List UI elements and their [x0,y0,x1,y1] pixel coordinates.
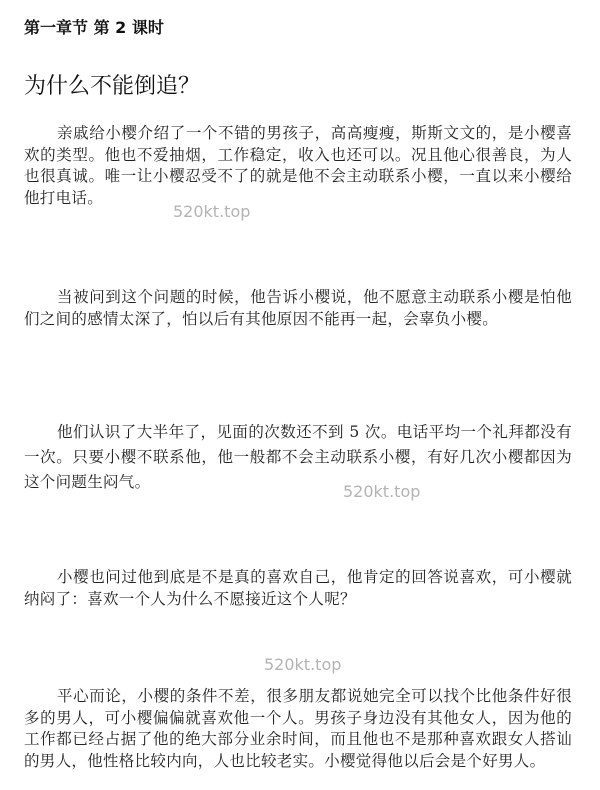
watermark: 520kt.top [264,655,341,674]
chapter-heading: 第一章节 第 2 课时 [24,18,164,38]
paragraph-4: 小樱也问过他到底是不是真的喜欢自己，他肯定的回答说喜欢，可小樱就纳闷了：喜欢一个… [24,567,572,610]
paragraph-3: 他们认识了大半年了，见面的次数还不到 5 次。电话平均一个礼拜都没有一次。只要小… [24,420,572,495]
paragraph-5: 平心而论，小樱的条件不差，很多朋友都说她完全可以找个比他条件好很多的男人，可小樱… [24,686,572,773]
page-title: 为什么不能倒追？ [24,72,200,102]
watermark: 520kt.top [343,482,420,501]
watermark: 520kt.top [173,202,250,221]
paragraph-2: 当被问到这个问题的时候，他告诉小樱说，他不愿意主动联系小樱是怕他们之间的感情太深… [24,287,572,330]
paragraph-1: 亲戚给小樱介绍了一个不错的男孩子，高高瘦瘦，斯斯文文的，是小樱喜欢的类型。他也不… [24,123,572,210]
